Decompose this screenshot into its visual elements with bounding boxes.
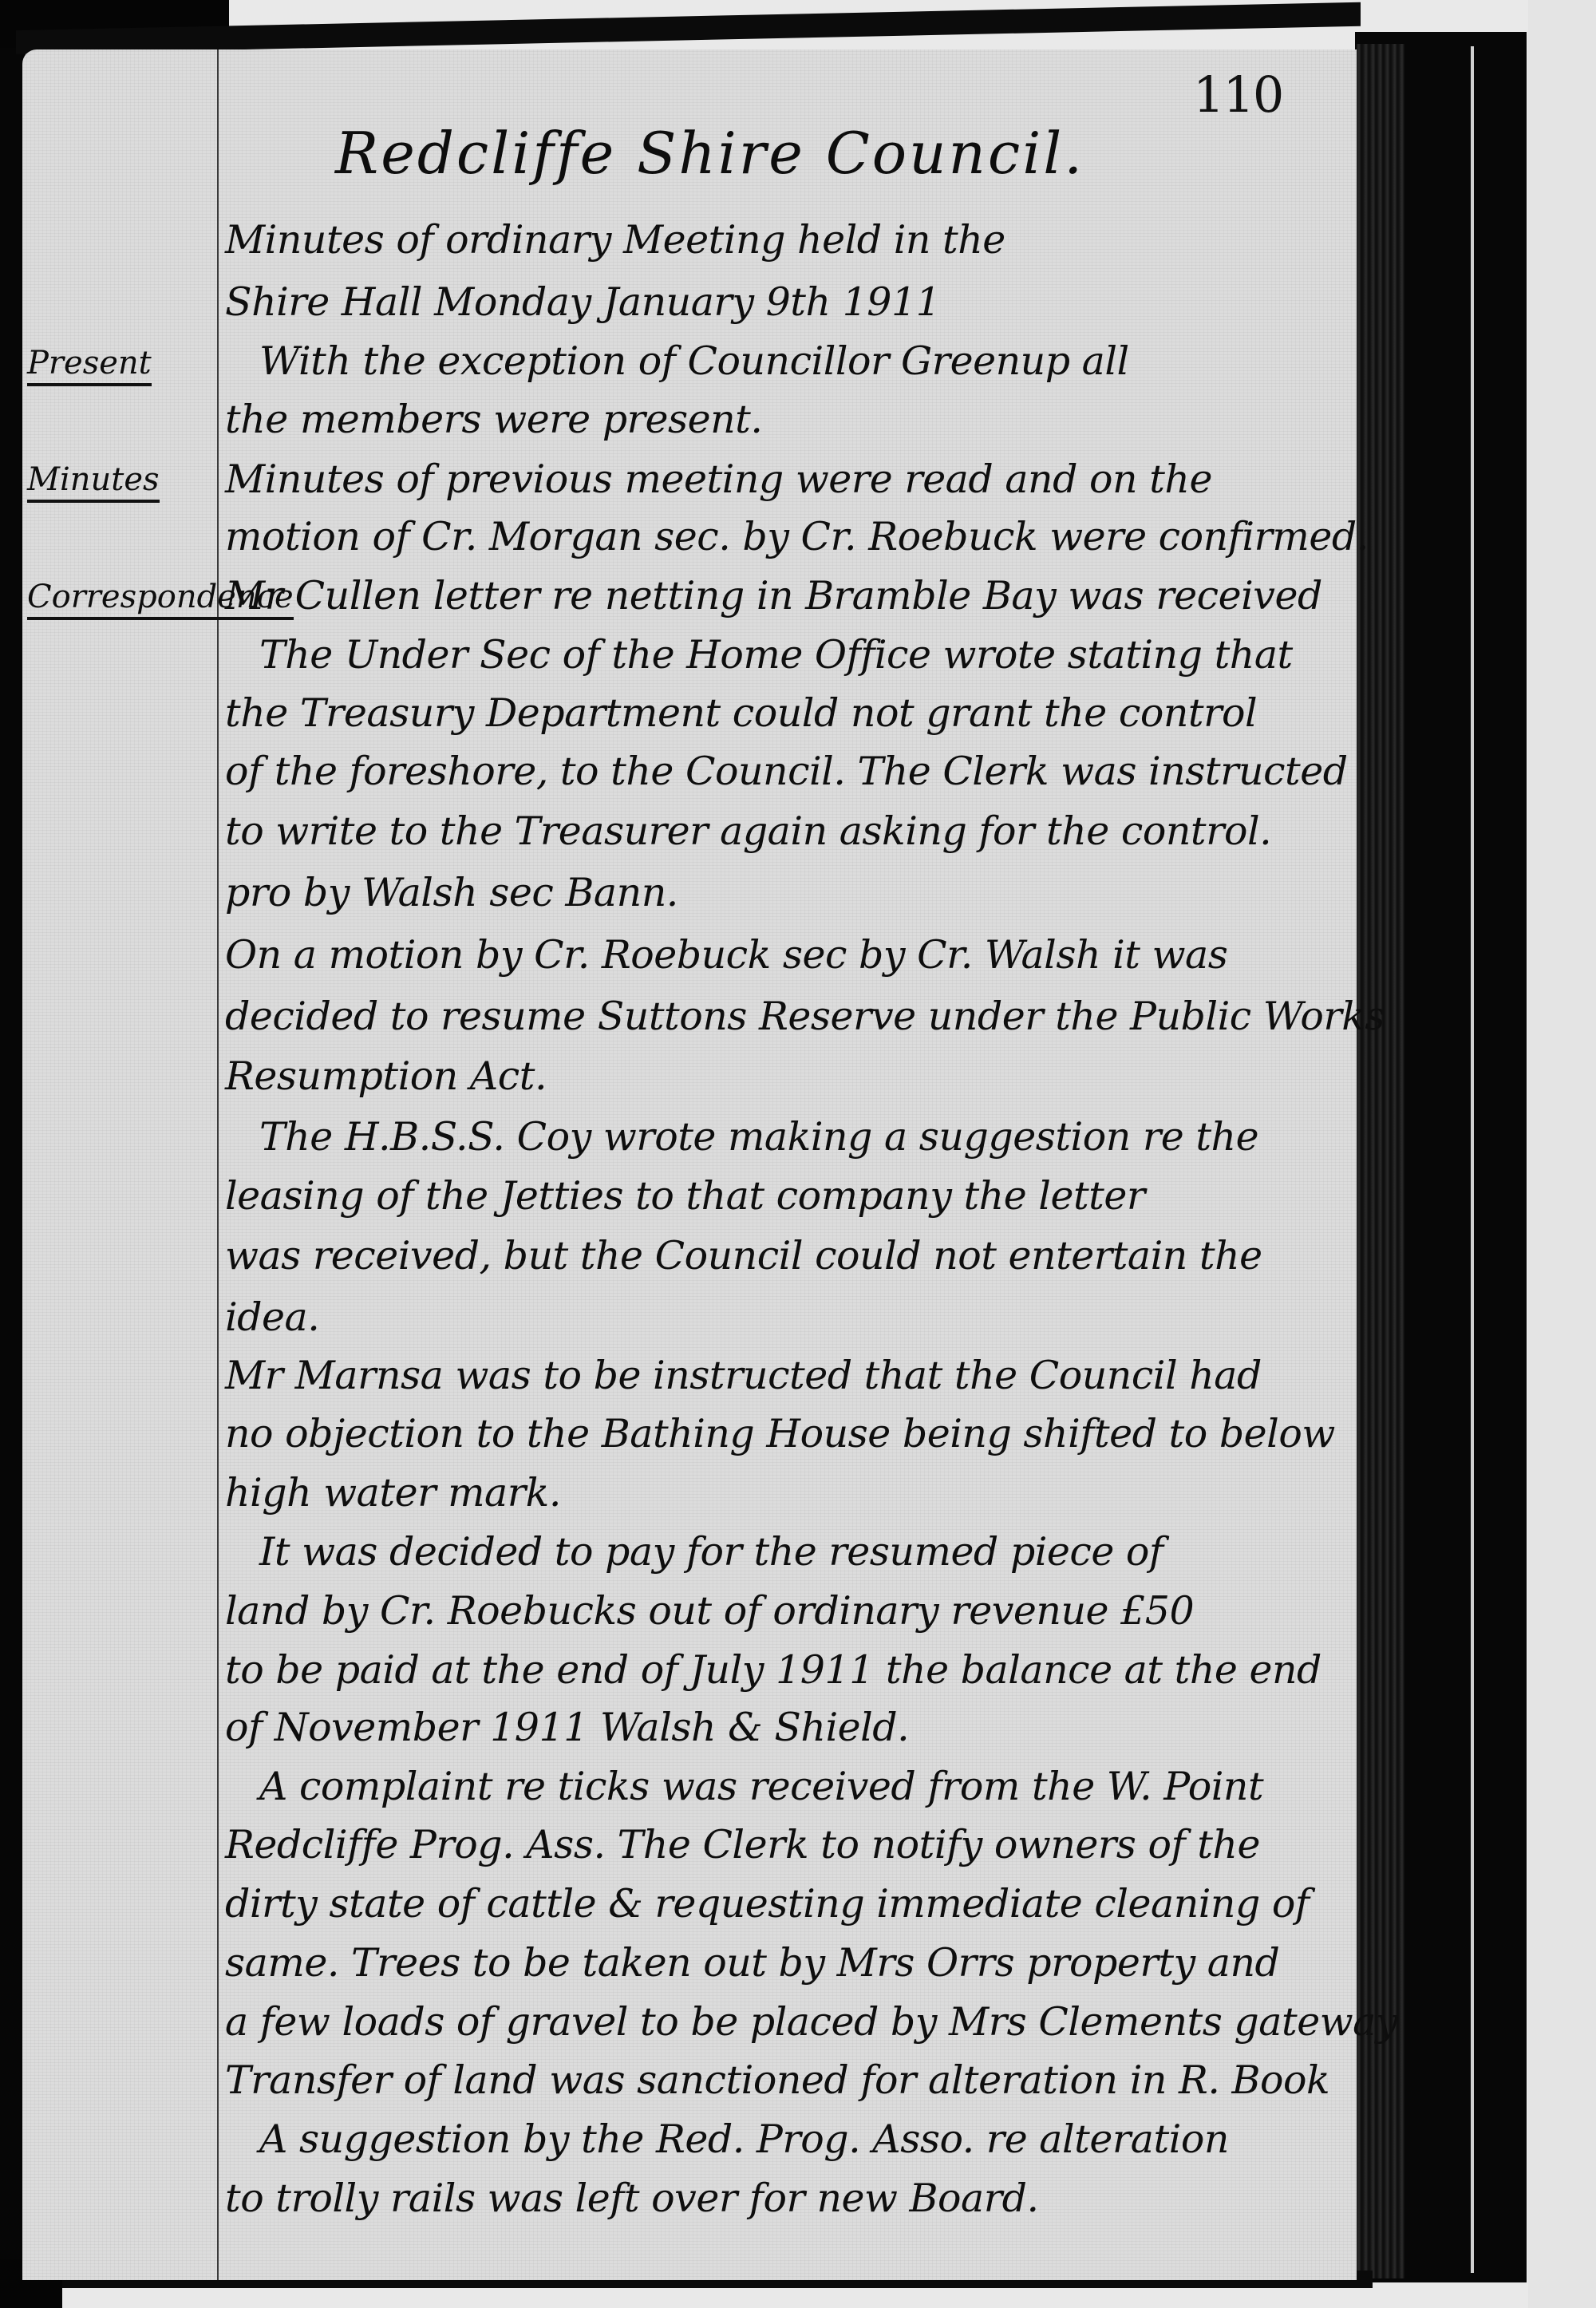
handwritten-line: was received, but the Council could not …	[225, 1233, 1262, 1278]
handwritten-line: to trolly rails was left over for new Bo…	[225, 2176, 1039, 2221]
margin-note-label: Minutes	[27, 461, 160, 503]
handwritten-line: same. Trees to be taken out by Mrs Orrs …	[225, 1940, 1279, 1986]
page-title: Redcliffe Shire Council.	[335, 120, 1084, 187]
background-right	[1528, 0, 1596, 2308]
handwritten-line: motion of Cr. Morgan sec. by Cr. Roebuck…	[225, 514, 1369, 559]
handwritten-line: It was decided to pay for the resumed pi…	[259, 1529, 1163, 1575]
handwritten-line: With the exception of Councillor Greenup…	[259, 338, 1129, 384]
book-edge-highlight	[1471, 46, 1474, 2273]
handwritten-line: Shire Hall Monday January 9th 1911	[225, 279, 940, 325]
handwritten-line: of November 1911 Walsh & Shield.	[225, 1705, 909, 1750]
handwritten-line: The Under Sec of the Home Office wrote s…	[259, 632, 1293, 678]
handwritten-line: land by Cr. Roebucks out of ordinary rev…	[225, 1588, 1194, 1634]
handwritten-line: high water mark.	[225, 1470, 561, 1516]
margin-rule	[217, 49, 219, 2280]
margin-note: Present	[27, 345, 152, 386]
handwritten-line: Minutes of ordinary Meeting held in the	[225, 217, 1005, 263]
handwritten-line: The H.B.S.S. Coy wrote making a suggesti…	[259, 1114, 1258, 1160]
handwritten-line: Resumption Act.	[225, 1053, 547, 1099]
handwritten-line: A suggestion by the Red. Prog. Asso. re …	[259, 2116, 1229, 2162]
handwritten-line: Transfer of land was sanctioned for alte…	[225, 2057, 1329, 2103]
handwritten-line: decided to resume Suttons Reserve under …	[225, 994, 1385, 1039]
handwritten-line: leasing of the Jetties to that company t…	[225, 1173, 1145, 1219]
handwritten-line: Mr Cullen letter re netting in Bramble B…	[225, 573, 1322, 618]
handwritten-line: A complaint re ticks was received from t…	[259, 1764, 1263, 1809]
handwritten-line: Mr Marnsa was to be instructed that the …	[225, 1353, 1262, 1398]
handwritten-line: the members were present.	[225, 397, 762, 442]
handwritten-line: Minutes of previous meeting were read an…	[225, 456, 1212, 502]
handwritten-line: no objection to the Bathing House being …	[225, 1411, 1335, 1456]
handwritten-line: dirty state of cattle & requesting immed…	[225, 1881, 1310, 1927]
handwritten-line: pro by Walsh sec Bann.	[225, 870, 678, 915]
handwritten-line: to be paid at the end of July 1911 the b…	[225, 1647, 1321, 1693]
margin-note-label: Present	[27, 345, 152, 386]
handwritten-line: Redcliffe Prog. Ass. The Clerk to notify…	[225, 1822, 1260, 1867]
handwritten-line: of the foreshore, to the Council. The Cl…	[225, 749, 1348, 794]
page-number: 110	[1193, 65, 1282, 124]
handwritten-line: idea.	[225, 1294, 319, 1340]
page-edges	[1357, 44, 1404, 2278]
handwritten-line: to write to the Treasurer again asking f…	[225, 808, 1271, 854]
handwritten-line: a few loads of gravel to be placed by Mr…	[225, 1999, 1397, 2045]
margin-note: Minutes	[27, 461, 160, 503]
handwritten-line: the Treasury Department could not grant …	[225, 690, 1257, 736]
handwritten-line: On a motion by Cr. Roebuck sec by Cr. Wa…	[225, 932, 1227, 978]
